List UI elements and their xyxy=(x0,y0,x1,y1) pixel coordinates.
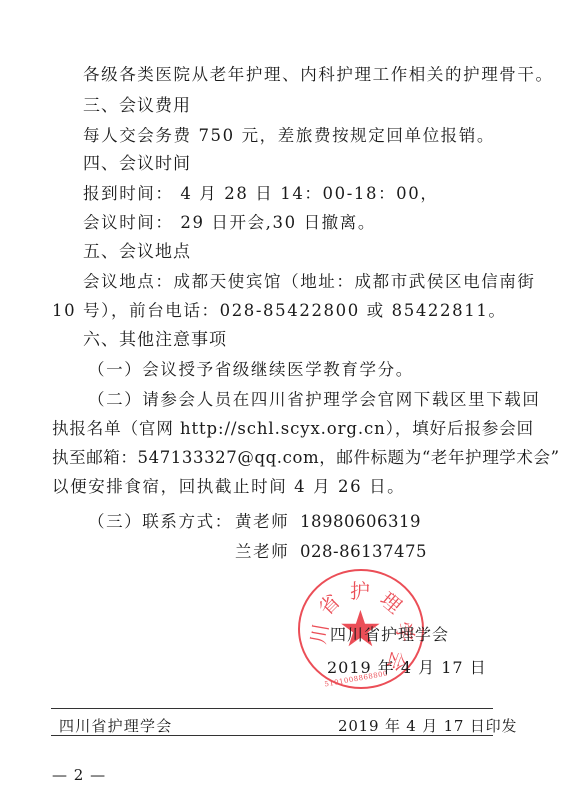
body-text-fees: 每人交会务费 750 元，差旅费按规定回单位报销。 xyxy=(83,126,495,146)
body-text-registration-time: 报到时间： 4 月 28 日 14：00-18：00， xyxy=(83,184,438,204)
seal-char: 护 xyxy=(350,575,370,604)
body-text-participants: 各级各类医院从老年护理、内科护理工作相关的护理骨干。 xyxy=(83,65,554,85)
body-text-meeting-time: 会议时间： 29 日开会,30 日撤离。 xyxy=(83,213,376,233)
footer-top-rule xyxy=(51,708,493,709)
footer-bottom-rule xyxy=(51,735,493,736)
section-heading-time: 四、会议时间 xyxy=(83,154,191,174)
contact-2-phone: 028-86137475 xyxy=(300,542,427,562)
footer-issue-date: 2019 年 4 月 17 日印发 xyxy=(338,716,517,736)
contact-2-name: 兰老师 xyxy=(235,542,289,562)
footer-org: 四川省护理学会 xyxy=(59,716,172,736)
signature-org: 四川省护理学会 xyxy=(330,622,449,645)
section-heading-location: 五、会议地点 xyxy=(83,242,191,262)
note-registration-cont-2: 执至邮箱：547133327@qq.com，邮件标题为“老年护理学术会” xyxy=(52,448,560,468)
note-credits: （一）会议授予省级继续医学教育学分。 xyxy=(88,360,414,380)
section-heading-notes: 六、其他注意事项 xyxy=(83,330,227,350)
contact-label: （三）联系方式： xyxy=(88,512,233,532)
note-registration: （二）请参会人员在四川省护理学会官网下载区里下载回 xyxy=(88,390,541,410)
note-registration-cont-3: 以便安排食宿，回执截止时间 4 月 26 日。 xyxy=(52,477,405,497)
body-text-location-cont: 10 号），前台电话：028-85422800 或 85422811。 xyxy=(52,301,507,321)
contact-1-name: 黄老师 xyxy=(235,512,289,532)
section-heading-fees: 三、会议费用 xyxy=(83,96,191,116)
body-text-location: 会议地点：成都天使宾馆（地址：成都市武侯区电信南街 xyxy=(83,272,536,292)
page-number: — 2 — xyxy=(52,765,106,785)
signature-date: 2019 年 4 月 17 日 xyxy=(327,655,487,678)
contact-1-phone: 18980606319 xyxy=(300,512,421,532)
note-registration-cont-1: 执报名单（官网 http://schl.scyx.org.cn），填好后报参会回 xyxy=(52,419,534,439)
